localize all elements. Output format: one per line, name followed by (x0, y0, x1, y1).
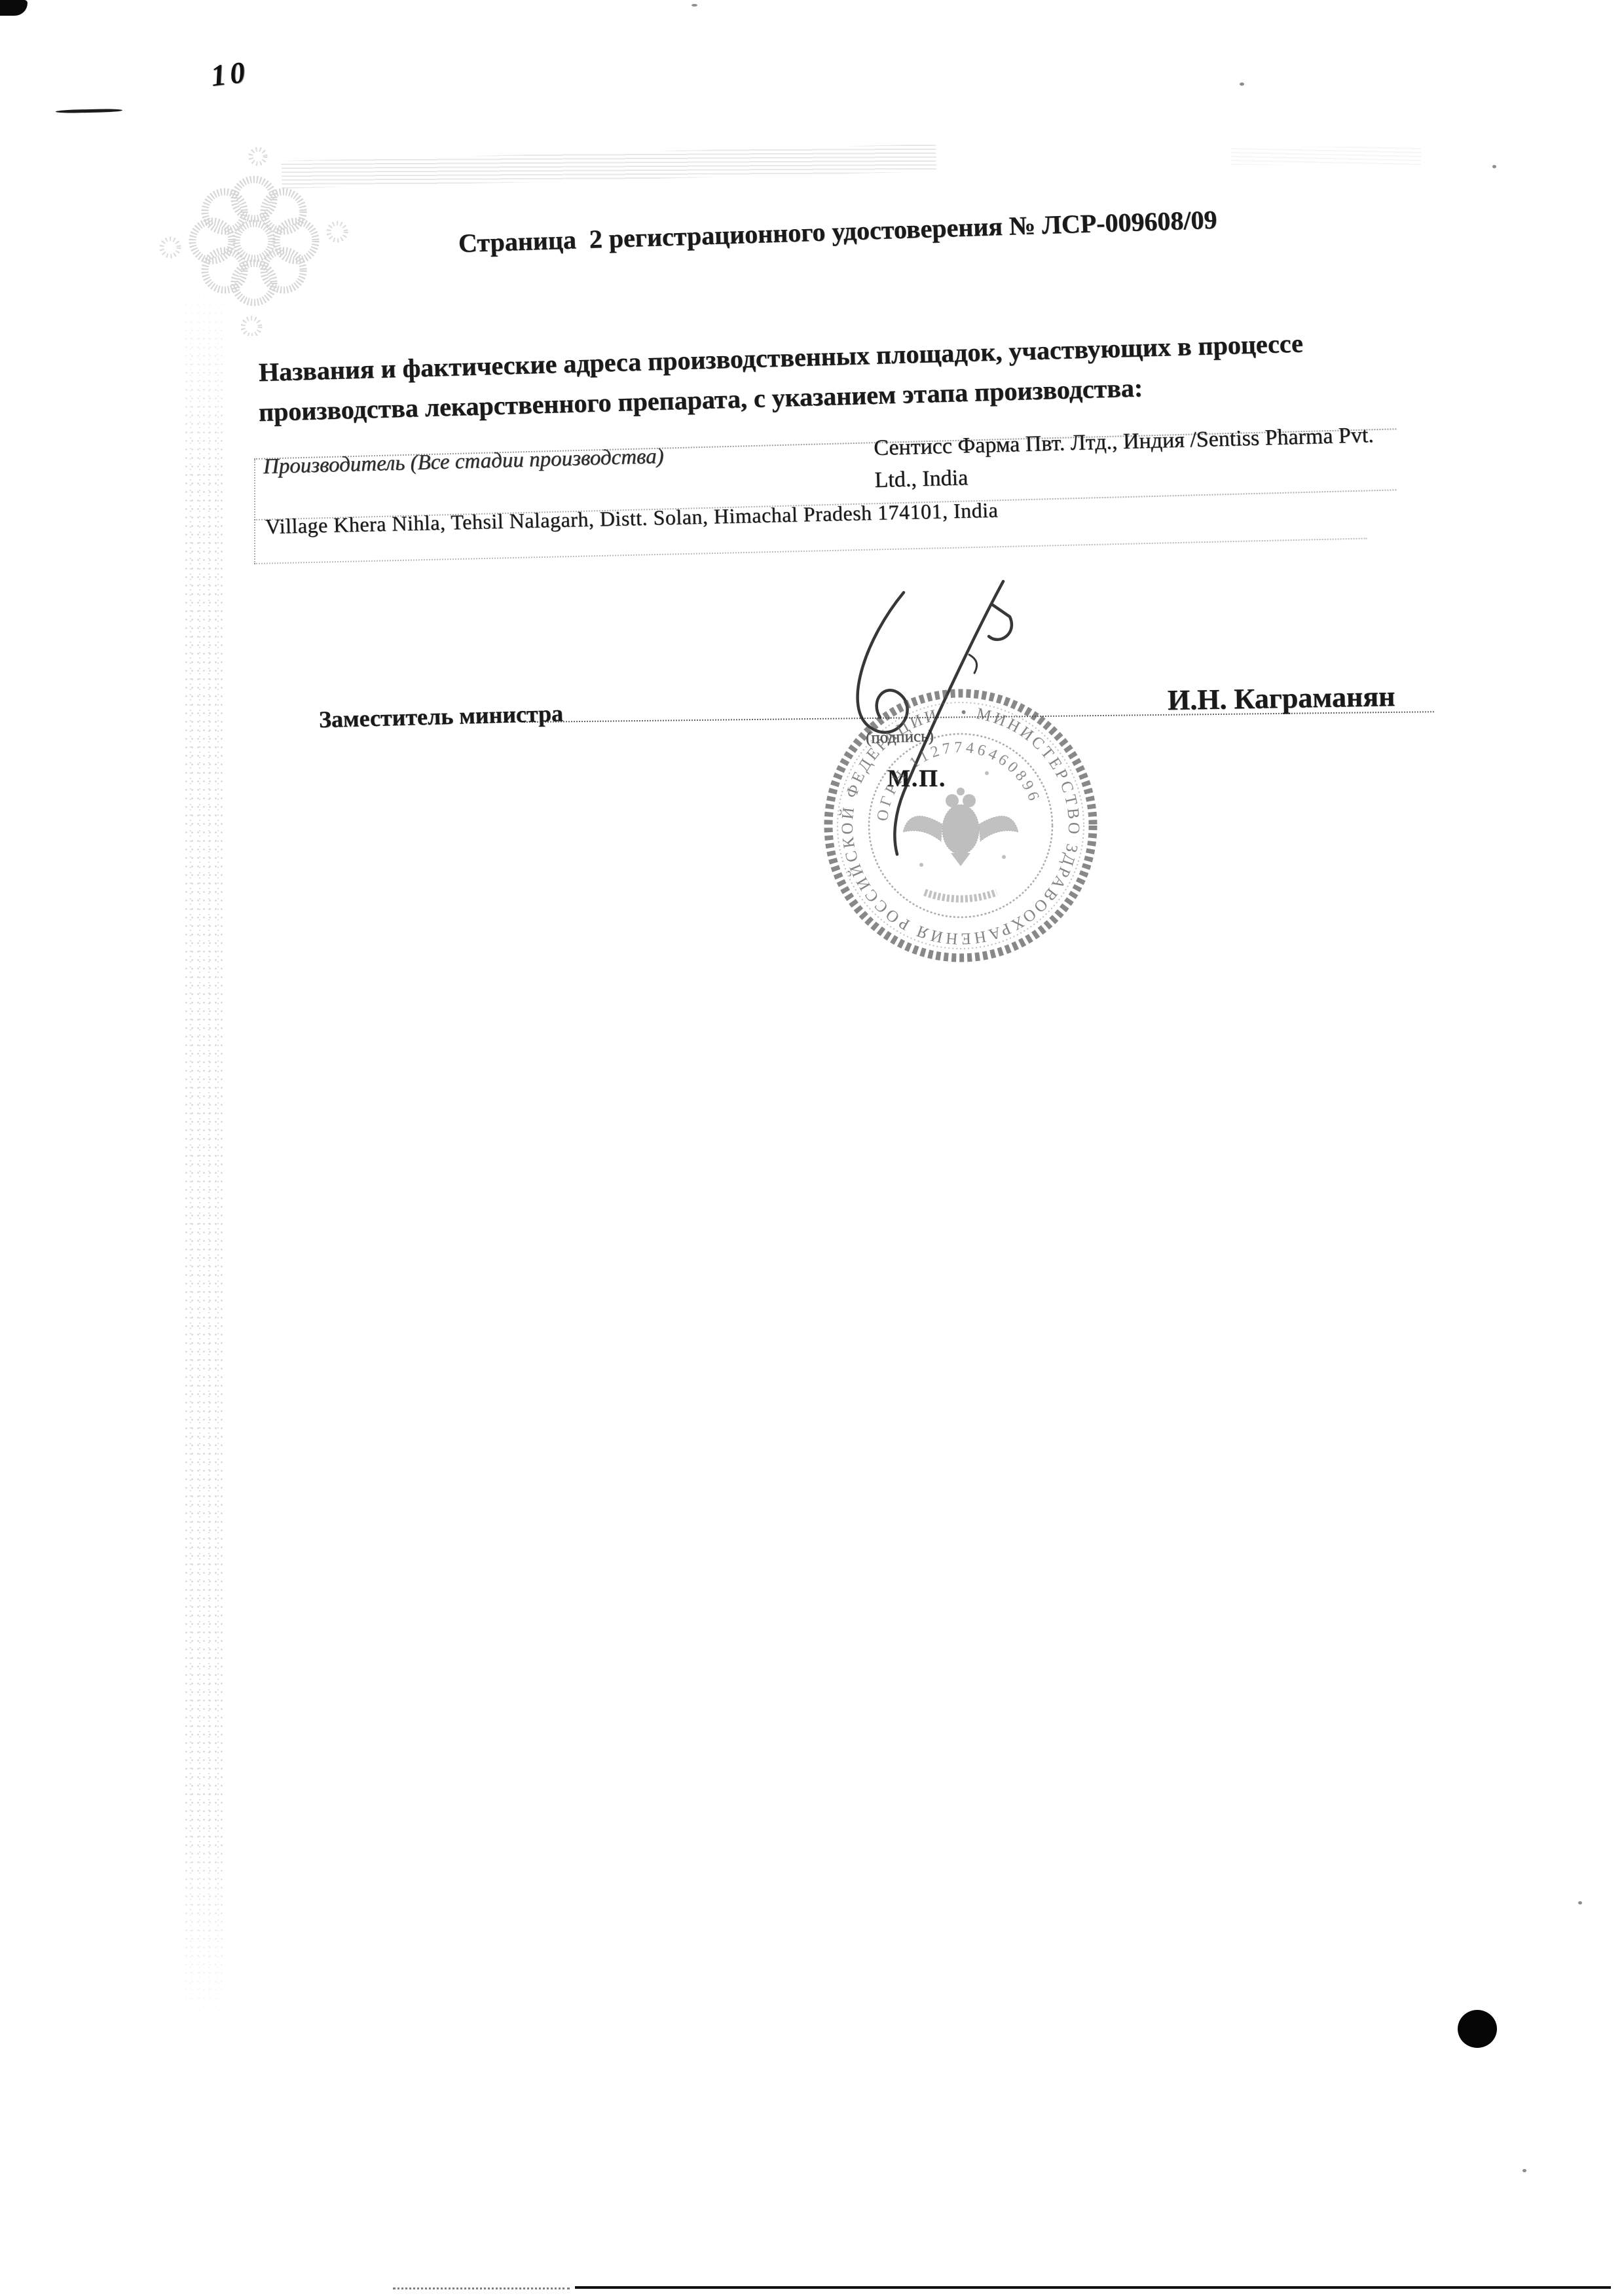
left-margin-scan-noise (183, 275, 223, 2030)
handwritten-page-number: 10 (209, 54, 251, 94)
scan-corner-artifact (0, 0, 28, 16)
producer-value: Сентисс Фарма Пвт. Лтд., Индия /Sentiss … (874, 418, 1418, 496)
table-border-left (254, 460, 255, 564)
scan-smudge-band (281, 144, 936, 189)
scan-speck (1240, 82, 1244, 86)
scan-speck (1578, 1901, 1582, 1904)
ministry-round-seal: • МИНИСТЕРСТВО ЗДРАВООХРАНЕНИЯ РОССИЙСКО… (817, 682, 1105, 970)
scan-speck (1522, 2169, 1526, 2172)
page-header: Страница 2 регистрационного удостоверени… (458, 204, 1217, 259)
double-eagle-emblem (903, 788, 1018, 866)
handwritten-dash-mark (56, 109, 122, 113)
table-border-bottom (254, 538, 1367, 564)
scan-speck (1492, 165, 1496, 168)
document-page: 10 Страница 2 регистрационного удостовер… (0, 0, 1624, 2296)
signer-name: И.Н. Каграманян (1168, 680, 1395, 717)
producer-address: Village Khera Nihla, Tehsil Nalagarh, Di… (265, 494, 1182, 539)
punch-hole-dot (1458, 2010, 1497, 2048)
scan-speck (692, 4, 697, 7)
scan-bottom-edge-fragments (393, 2287, 570, 2289)
scan-bottom-edge-line (575, 2286, 1611, 2289)
scan-smudge-band-right (1231, 147, 1421, 165)
signer-title: Заместитель министра (318, 699, 563, 733)
producer-label: Производитель (Все стадии производства) (263, 442, 762, 479)
